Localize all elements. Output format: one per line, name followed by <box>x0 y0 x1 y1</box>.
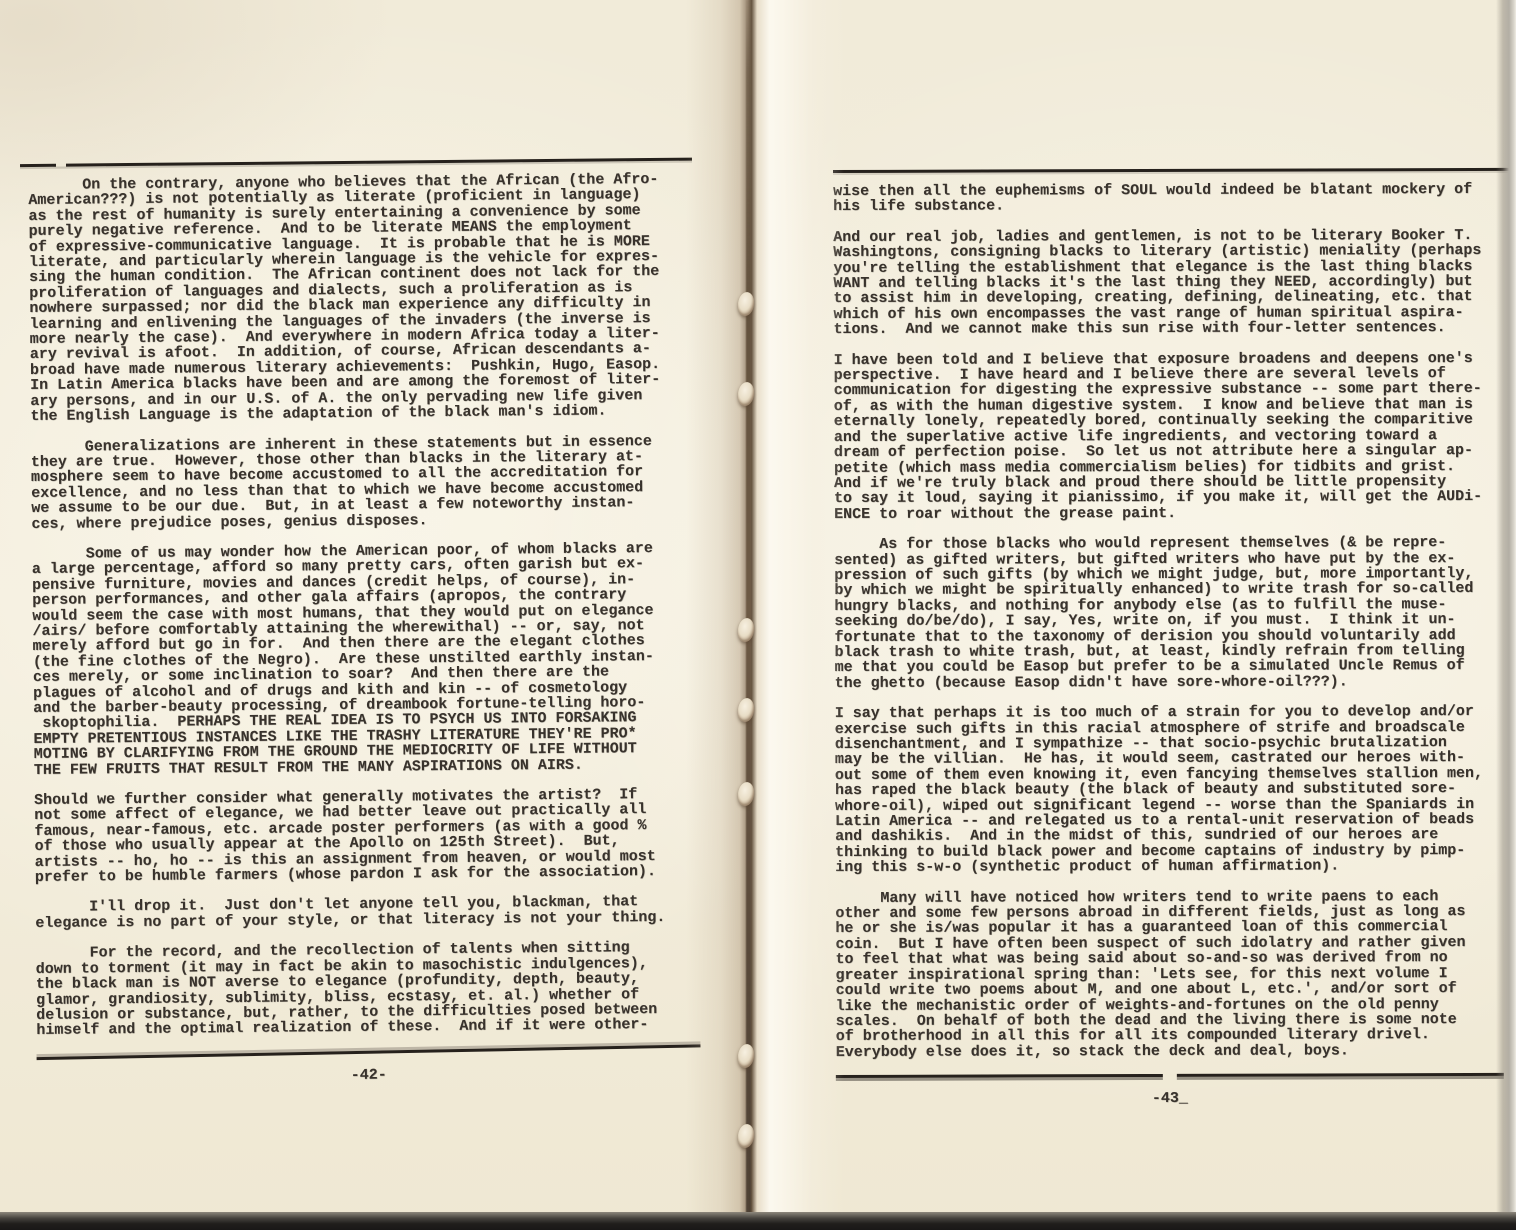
paragraph: And our real job, ladies and gentlemen, … <box>833 228 1501 338</box>
paragraph: I say that perhaps it is too much of a s… <box>835 704 1504 876</box>
binding-seam <box>746 0 751 1216</box>
book-scan: On the contrary, anyone who believes tha… <box>0 0 1516 1230</box>
paragraph: Should we further consider what generall… <box>34 787 699 886</box>
paragraph: Some of us may wonder how the American p… <box>32 541 698 778</box>
paragraph: For the record, and the recollection of … <box>36 940 701 1039</box>
paragraph: I'll drop it. Just don't let anyone tell… <box>35 894 699 931</box>
paragraph: Many will have noticed how writers tend … <box>835 889 1504 1061</box>
left-page-top-rule <box>20 158 692 167</box>
page-right: wise then all the euphemisms of SOUL wou… <box>833 168 1504 1108</box>
binding-stitch <box>736 617 755 643</box>
page-left: On the contrary, anyone who believes tha… <box>28 158 701 1087</box>
right-page-number: -43_ <box>836 1089 1504 1108</box>
binding-stitch <box>736 1123 755 1149</box>
scan-right-edge <box>1496 0 1516 1216</box>
paragraph: Generalizations are inherent in these st… <box>31 433 696 532</box>
paragraph: On the contrary, anyone who believes tha… <box>28 172 694 425</box>
left-page-text: On the contrary, anyone who believes tha… <box>28 172 700 1039</box>
right-page-top-rule <box>833 168 1509 173</box>
paragraph: I have been told and I believe that expo… <box>834 351 1503 523</box>
right-page-bottom-rule-segment <box>1177 1073 1504 1077</box>
right-page-bottom-rule-segment <box>836 1074 1163 1078</box>
binding-stitch <box>736 1043 755 1069</box>
right-page-bottom-rule <box>836 1073 1504 1078</box>
binding-stitch <box>736 381 755 407</box>
right-page-text: wise then all the euphemisms of SOUL wou… <box>833 182 1504 1060</box>
binding-stitch <box>736 697 755 723</box>
binding-stitch <box>736 291 755 317</box>
book-binding-gutter <box>686 0 844 1216</box>
left-page-number: -42- <box>37 1063 701 1086</box>
paragraph: wise then all the euphemisms of SOUL wou… <box>833 182 1501 215</box>
scan-bottom-edge <box>0 1212 1516 1230</box>
left-page-bottom-rule <box>37 1044 701 1060</box>
paragraph: As for those blacks who would represent … <box>834 535 1502 691</box>
binding-stitch <box>736 781 755 807</box>
